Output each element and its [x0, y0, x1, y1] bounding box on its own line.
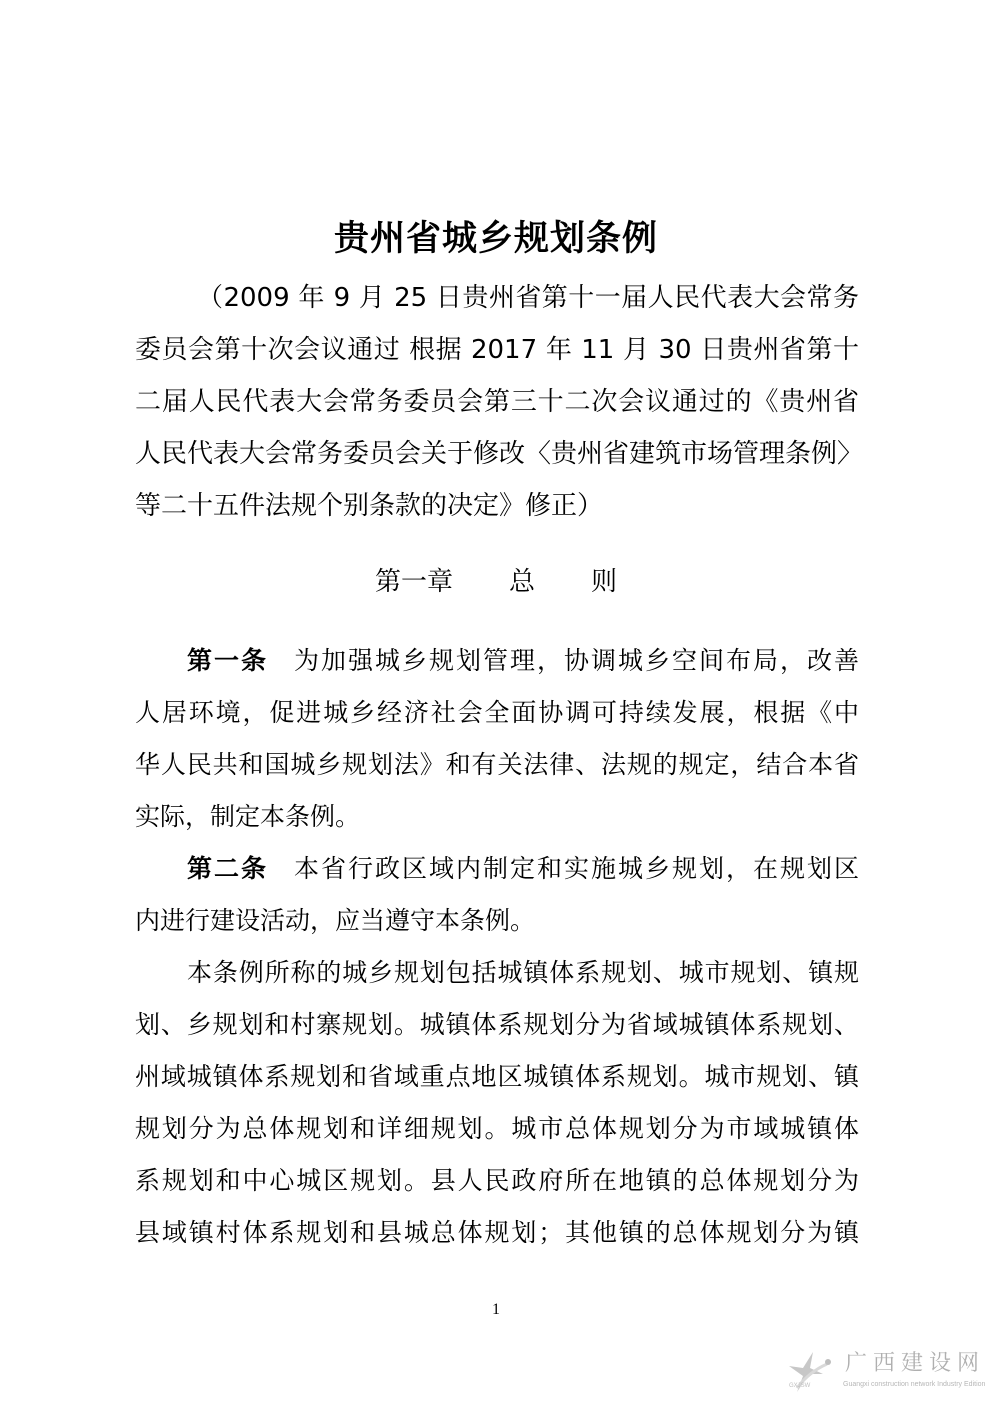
preamble-line-2: 委员会第十次会议通过 根据 2017 年 11 月 30 日贵州省第十 [135, 330, 859, 370]
chapter-number: 第一章 [375, 567, 453, 597]
paragraph-line-1: 本条例所称的城乡规划包括城镇体系规划、城市规划、镇规 [187, 953, 859, 993]
preamble-line-5: 等二十五件法规个别条款的决定》修正） [135, 486, 859, 526]
preamble-line-4: 人民代表大会常务委员会关于修改〈贵州省建筑市场管理条例〉 [135, 434, 859, 474]
watermark-subtitle: Guangxi construction network Industry Ed… [843, 1380, 985, 1390]
preamble-line-3: 二届人民代表大会常务委员会第三十二次会议通过的《贵州省 [135, 382, 859, 422]
watermark-badge: GXJSW [789, 1382, 810, 1390]
article-1-line-1: 第一条为加强城乡规划管理，协调城乡空间布局，改善 [187, 641, 859, 681]
article-1-line-4: 实际，制定本条例。 [135, 797, 859, 837]
watermark-name: 广西建设网 [845, 1350, 985, 1378]
watermark-logo: GXJSW 广西建设网 Guangxi construction network… [775, 1348, 990, 1398]
article-1-line-2: 人居环境，促进城乡经济社会全面协调可持续发展，根据《中 [135, 693, 859, 733]
chapter-heading: 第一章总则 [0, 562, 992, 602]
page-number: 1 [0, 1300, 992, 1320]
paragraph-line-6: 县域镇村体系规划和县城总体规划；其他镇的总体规划分为镇 [135, 1213, 859, 1253]
chapter-name-part1: 总 [509, 567, 535, 597]
paragraph-line-2: 划、乡规划和村寨规划。城镇体系规划分为省域城镇体系规划、 [135, 1005, 859, 1045]
article-2-line-2: 内进行建设活动，应当遵守本条例。 [135, 901, 859, 941]
article-1-text: 为加强城乡规划管理，协调城乡空间布局，改善 [294, 646, 859, 675]
article-1-label: 第一条 [187, 646, 268, 675]
article-2-line-1: 第二条本省行政区域内制定和实施城乡规划，在规划区 [187, 849, 859, 889]
chapter-name-part2: 则 [591, 567, 617, 597]
article-1-line-3: 华人民共和国城乡规划法》和有关法律、法规的规定，结合本省 [135, 745, 859, 785]
paragraph-line-5: 系规划和中心城区规划。县人民政府所在地镇的总体规划分为 [135, 1161, 859, 1201]
document-title: 贵州省城乡规划条例 [0, 214, 992, 264]
preamble-line-1: （2009 年 9 月 25 日贵州省第十一届人民代表大会常务 [197, 278, 859, 318]
paragraph-line-4: 规划分为总体规划和详细规划。城市总体规划分为市域城镇体 [135, 1109, 859, 1149]
article-2-text: 本省行政区域内制定和实施城乡规划，在规划区 [294, 854, 859, 883]
document-page: 贵州省城乡规划条例 （2009 年 9 月 25 日贵州省第十一届人民代表大会常… [0, 0, 992, 1403]
paragraph-line-3: 州域城镇体系规划和省域重点地区城镇体系规划。城市规划、镇 [135, 1057, 859, 1097]
article-2-label: 第二条 [187, 854, 268, 883]
